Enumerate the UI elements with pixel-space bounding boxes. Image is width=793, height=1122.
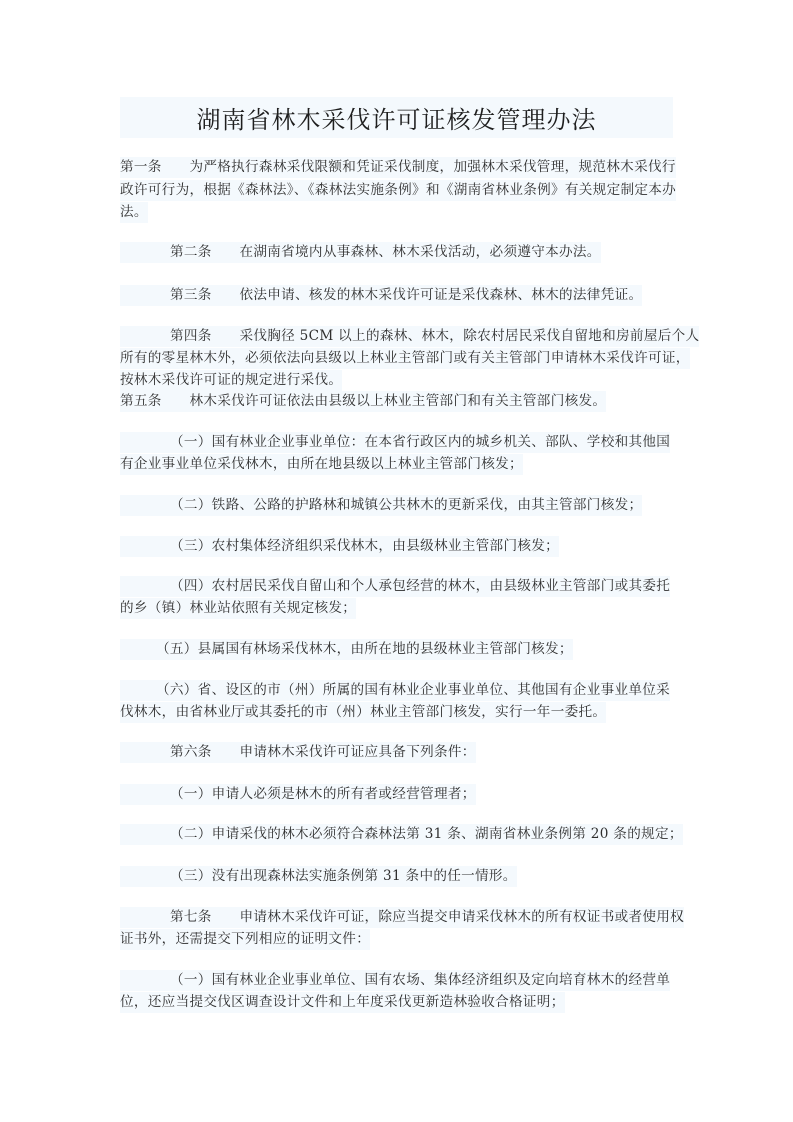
text-line: （五）县属国有林场采伐林木，由所在地的县级林业主管部门核发； xyxy=(120,639,573,660)
text-line-content: 按林木采伐许可证的规定进行采伐。 xyxy=(120,372,342,388)
text-line-content: （四）农村居民采伐自留山和个人承包经营的林木，由县级林业主管部门或其委托 xyxy=(170,578,670,594)
text-line-content: 第七条 申请林木采伐许可证，除应当提交申请采伐林木的所有权证书或者使用权 xyxy=(170,909,684,925)
text-line-content: （五）县属国有林场采伐林木，由所在地的县级林业主管部门核发； xyxy=(156,641,573,657)
text-line: 第一条 为严格执行森林采伐限额和凭证采伐制度，加强林木采伐管理，规范林木采伐行 xyxy=(120,157,676,178)
text-line-content: 第四条 采伐胸径 5CM 以上的森林、林木，除农村居民采伐自留地和房前屋后个人 xyxy=(170,328,699,344)
text-line: （六）省、设区的市（州）所属的国有林业企业事业单位、其他国有企业事业单位采 xyxy=(120,680,670,701)
text-line: （二）申请采伐的林木必须符合森林法第 31 条、湖南省林业条例第 20 条的规定… xyxy=(120,824,683,845)
text-line: 政许可行为，根据《森林法》、《森林法实施条例》和《湖南省林业条例》有关规定制定本… xyxy=(120,180,676,201)
text-line-content: 第五条 林木采伐许可证依法由县级以上林业主管部门和有关主管部门核发。 xyxy=(120,393,606,409)
text-line-content: （六）省、设区的市（州）所属的国有林业企业事业单位、其他国有企业事业单位采 xyxy=(156,682,670,698)
text-line-content: 政许可行为，根据《森林法》、《森林法实施条例》和《湖南省林业条例》有关规定制定本… xyxy=(120,182,676,198)
text-line: 伐林木，由省林业厅或其委托的市（州）林业主管部门核发，实行一年一委托。 xyxy=(120,702,606,723)
text-line: 第六条 申请林木采伐许可证应具备下列条件： xyxy=(120,742,476,763)
text-line-content: 的乡（镇）林业站依照有关规定核发； xyxy=(120,600,356,616)
text-line-content: 第二条 在湖南省境内从事森林、林木采伐活动，必须遵守本办法。 xyxy=(170,244,601,260)
text-line: 第五条 林木采伐许可证依法由县级以上林业主管部门和有关主管部门核发。 xyxy=(120,391,606,412)
text-line-content: （一）国有林业企业事业单位：在本省行政区内的城乡机关、部队、学校和其他国 xyxy=(170,434,670,450)
text-line: 有企业事业单位采伐林木，由所在地县级以上林业主管部门核发； xyxy=(120,454,523,475)
text-line-content: 伐林木，由省林业厅或其委托的市（州）林业主管部门核发，实行一年一委托。 xyxy=(120,704,606,720)
text-line: （一）国有林业企业事业单位：在本省行政区内的城乡机关、部队、学校和其他国 xyxy=(120,432,670,453)
text-line: （四）农村居民采伐自留山和个人承包经营的林木，由县级林业主管部门或其委托 xyxy=(120,576,670,597)
text-line: 第三条 依法申请、核发的林木采伐许可证是采伐森林、林木的法律凭证。 xyxy=(120,285,642,306)
text-line-content: （三）农村集体经济组织采伐林木，由县级林业主管部门核发； xyxy=(170,538,559,554)
title-highlight: 湖南省林木采伐许可证核发管理办法 xyxy=(120,97,673,138)
text-line: （一）国有林业企业事业单位、国有农场、集体经济组织及定向培育林木的经营单 xyxy=(120,970,670,991)
text-line: 第四条 采伐胸径 5CM 以上的森林、林木，除农村居民采伐自留地和房前屋后个人 xyxy=(120,326,699,347)
text-line: 法。 xyxy=(120,202,148,223)
text-line: 证书外，还需提交下列相应的证明文件： xyxy=(120,929,370,950)
text-line-content: （二）申请采伐的林木必须符合森林法第 31 条、湖南省林业条例第 20 条的规定… xyxy=(170,826,683,842)
text-line: （三）没有出现森林法实施条例第 31 条中的任一情形。 xyxy=(120,866,517,887)
text-line: 位，还应当提交伐区调查设计文件和上年度采伐更新造林验收合格证明； xyxy=(120,992,565,1013)
text-line-content: 证书外，还需提交下列相应的证明文件： xyxy=(120,931,370,947)
text-line-content: 所有的零星林木外，必须依法向县级以上林业主管部门或有关主管部门申请林木采伐许可证… xyxy=(120,350,690,366)
text-line: （二）铁路、公路的护路林和城镇公共林木的更新采伐，由其主管部门核发； xyxy=(120,495,642,516)
text-line: 的乡（镇）林业站依照有关规定核发； xyxy=(120,598,356,619)
text-line-content: （三）没有出现森林法实施条例第 31 条中的任一情形。 xyxy=(170,868,517,884)
text-line-content: 位，还应当提交伐区调查设计文件和上年度采伐更新造林验收合格证明； xyxy=(120,994,565,1010)
text-line-content: 第一条 为严格执行森林采伐限额和凭证采伐制度，加强林木采伐管理，规范林木采伐行 xyxy=(120,159,676,175)
text-line-content: 第六条 申请林木采伐许可证应具备下列条件： xyxy=(170,744,476,760)
text-line: 第二条 在湖南省境内从事森林、林木采伐活动，必须遵守本办法。 xyxy=(120,242,601,263)
text-line: 按林木采伐许可证的规定进行采伐。 xyxy=(120,370,342,391)
text-line: （一）申请人必须是林木的所有者或经营管理者； xyxy=(120,784,476,805)
text-line-content: （二）铁路、公路的护路林和城镇公共林木的更新采伐，由其主管部门核发； xyxy=(170,497,642,513)
text-line-content: （一）申请人必须是林木的所有者或经营管理者； xyxy=(170,786,476,802)
text-line: 第七条 申请林木采伐许可证，除应当提交申请采伐林木的所有权证书或者使用权 xyxy=(120,907,684,928)
text-line-content: （一）国有林业企业事业单位、国有农场、集体经济组织及定向培育林木的经营单 xyxy=(170,972,670,988)
text-line-content: 第三条 依法申请、核发的林木采伐许可证是采伐森林、林木的法律凭证。 xyxy=(170,287,642,303)
text-line: （三）农村集体经济组织采伐林木，由县级林业主管部门核发； xyxy=(120,536,559,557)
text-line-content: 法。 xyxy=(120,204,148,220)
text-line: 所有的零星林木外，必须依法向县级以上林业主管部门或有关主管部门申请林木采伐许可证… xyxy=(120,348,690,369)
text-line-content: 有企业事业单位采伐林木，由所在地县级以上林业主管部门核发； xyxy=(120,456,523,472)
document-title: 湖南省林木采伐许可证核发管理办法 xyxy=(197,100,597,135)
